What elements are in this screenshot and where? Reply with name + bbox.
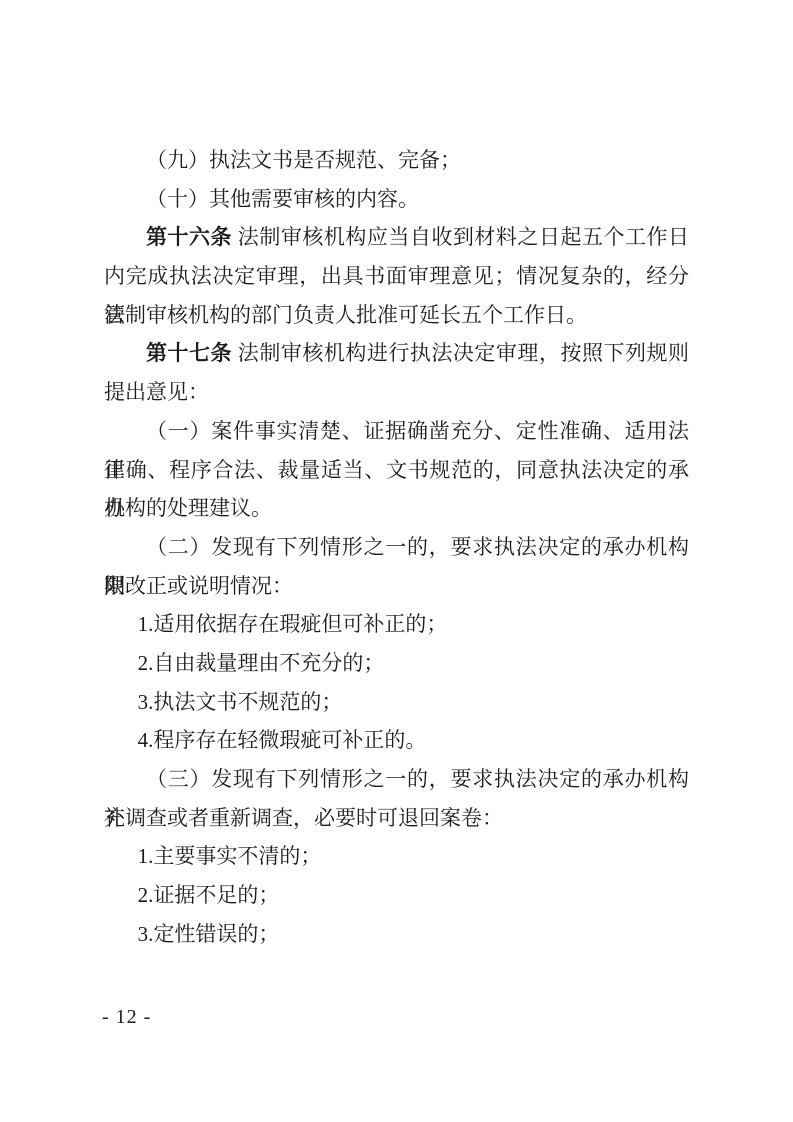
page-number: - 12 - (102, 1006, 151, 1028)
text-line: 正确、程序合法、裁量适当、文书规范的，同意执法决定的承办 (104, 451, 689, 490)
text-line: （九）执法文书是否规范、完备； (104, 141, 689, 180)
text-line: （一）案件事实清楚、证据确凿充分、定性准确、适用法律 (104, 412, 689, 451)
text-line: 内完成执法决定审理，出具书面审理意见；情况复杂的，经分管 (104, 257, 689, 296)
text-line: 3.执法文书不规范的； (104, 683, 689, 722)
text-line: 2.证据不足的； (104, 876, 689, 915)
text-line: 2.自由裁量理由不充分的； (104, 644, 689, 683)
text-line: （二）发现有下列情形之一的，要求执法决定的承办机构限 (104, 528, 689, 567)
text-line: 期改正或说明情况： (104, 567, 689, 606)
article-number: 第十七条 (146, 341, 232, 365)
article-number: 第十六条 (146, 225, 232, 249)
text-line: （十）其他需要审核的内容。 (104, 180, 689, 219)
text-line: 1.适用依据存在瑕疵但可补正的； (104, 605, 689, 644)
text-line: 4.程序存在轻微瑕疵可补正的。 (104, 721, 689, 760)
text-line: （三）发现有下列情形之一的，要求执法决定的承办机构补 (104, 760, 689, 799)
page-footer: - 12 - (102, 1005, 151, 1029)
text-line: 提出意见： (104, 373, 689, 412)
text-line: 3.定性错误的； (104, 915, 689, 954)
document-body: （九）执法文书是否规范、完备；（十）其他需要审核的内容。第十六条 法制审核机构应… (104, 141, 689, 953)
text-line: 1.主要事实不清的； (104, 837, 689, 876)
text-line: 第十七条 法制审核机构进行执法决定审理，按照下列规则 (104, 334, 689, 373)
text-line: 充调查或者重新调查，必要时可退回案卷： (104, 799, 689, 838)
text-line: 第十六条 法制审核机构应当自收到材料之日起五个工作日 (104, 218, 689, 257)
page-sheet: （九）执法文书是否规范、完备；（十）其他需要审核的内容。第十六条 法制审核机构应… (0, 0, 793, 1122)
text-line: 机构的处理建议。 (104, 489, 689, 528)
text-line: 法制审核机构的部门负责人批准可延长五个工作日。 (104, 296, 689, 335)
